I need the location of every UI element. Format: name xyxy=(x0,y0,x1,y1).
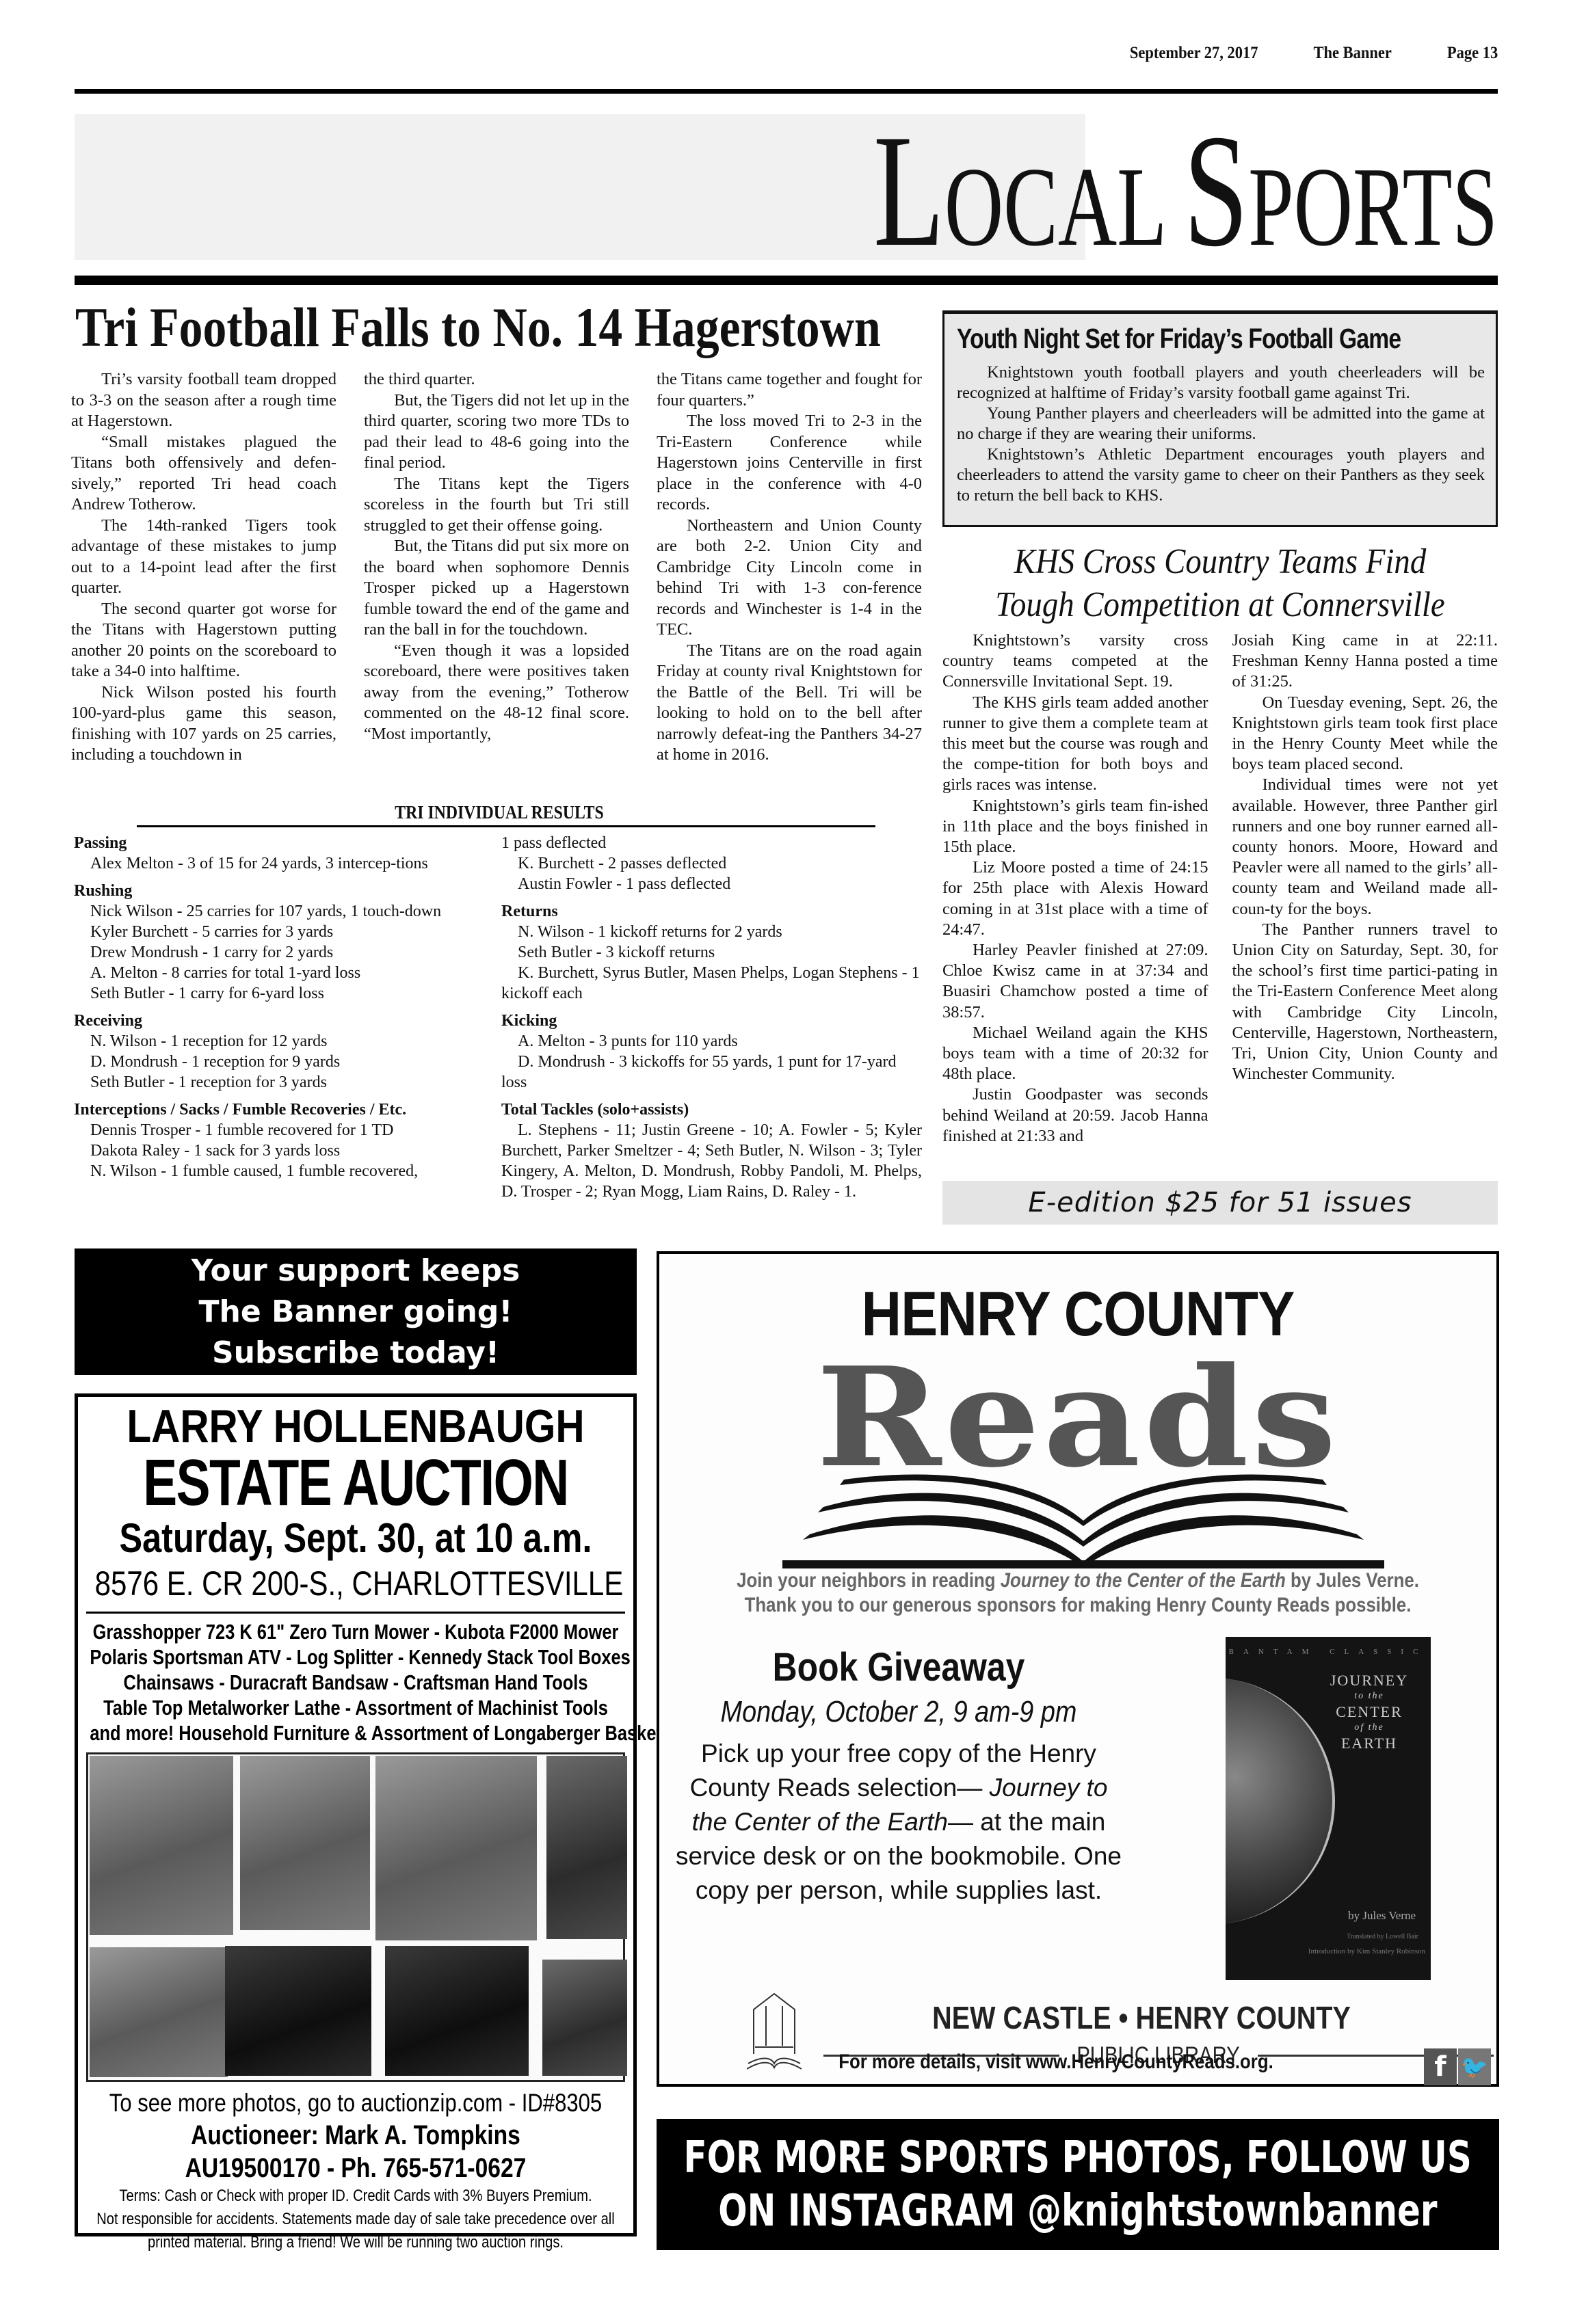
paragraph: Northeastern and Union County are both 2… xyxy=(657,516,922,641)
masthead-word-local: OCAL xyxy=(944,158,1167,256)
paragraph: Michael Weiland again the KHS boys team … xyxy=(942,1023,1208,1085)
paragraph: Liz Moore posted a time of 24:15 for 25t… xyxy=(942,857,1208,940)
article-column: the third quarter. But, the Tigers did n… xyxy=(364,369,629,766)
paragraph: Knightstown’s girls team fin-ished in 11… xyxy=(942,796,1208,858)
auction-more-photos: To see more photos, go to auctionzip.com… xyxy=(95,2087,617,2119)
tri-football-body: Tri’s varsity football team dropped to 3… xyxy=(71,369,922,766)
paragraph: Josiah King came in at 22:11. Freshman K… xyxy=(1232,630,1498,693)
promo-line: FOR MORE SPORTS PHOTOS, FOLLOW US xyxy=(684,2131,1472,2185)
stat-heading-passing: Passing xyxy=(74,833,501,853)
stat-heading-kicking: Kicking xyxy=(501,1011,922,1031)
stat-line: D. Mondrush - 1 reception for 9 yards xyxy=(74,1052,501,1072)
stat-heading-rushing: Rushing xyxy=(74,881,501,901)
library-name: NEW CASTLE • HENRY COUNTY xyxy=(868,1999,1415,2036)
youth-night-body: Knightstown youth football players and y… xyxy=(957,362,1485,506)
issue-date: September 27, 2017 xyxy=(1130,44,1258,63)
stat-heading-returns: Returns xyxy=(501,901,922,922)
cover-title: JOURNEY to the CENTER of the EARTH xyxy=(1314,1671,1424,1753)
auction-item: Grasshopper 723 K 61" Zero Turn Mower - … xyxy=(90,1619,621,1644)
photo-kubota-mower xyxy=(375,1756,537,1940)
paragraph: The loss moved Tri to 2-3 in the Tri-Eas… xyxy=(657,411,922,516)
photo-zero-turn-mower xyxy=(90,1756,233,1935)
youth-night-headline: Youth Night Set for Friday’s Football Ga… xyxy=(957,323,1390,354)
auction-item: and more! Household Furniture & Assortme… xyxy=(90,1720,621,1746)
divider xyxy=(86,1612,625,1614)
auction-item: Polaris Sportsman ATV - Log Splitter - K… xyxy=(90,1644,621,1670)
paragraph: Justin Goodpaster was seconds behind Wei… xyxy=(942,1084,1208,1147)
paragraph: The Panther runners travel to Union City… xyxy=(1232,920,1498,1085)
masthead-rule xyxy=(75,276,1498,285)
results-column-right: 1 pass deflected K. Burchett - 2 passes … xyxy=(501,833,922,1202)
stat-heading-interceptions: Interceptions / Sacks / Fumble Recoverie… xyxy=(74,1099,501,1120)
cross-country-body: Knightstown’s varsity cross country team… xyxy=(942,630,1498,1147)
auction-address: 8576 E. CR 200-S., CHARLOTTESVILLE xyxy=(95,1562,617,1605)
stat-line: K. Burchett, Syrus Butler, Masen Phelps,… xyxy=(501,963,922,1004)
instagram-promo[interactable]: FOR MORE SPORTS PHOTOS, FOLLOW US ON INS… xyxy=(657,2119,1499,2250)
ad-line: Subscribe today! xyxy=(212,1333,499,1374)
book-cover-image: BANTAM CLASSIC JOURNEY to the CENTER of … xyxy=(1226,1637,1431,1980)
auction-name: LARRY HOLLENBAUGH xyxy=(89,1401,623,1452)
auction-title: ESTATE AUCTION xyxy=(92,1452,620,1514)
paragraph: The KHS girls team added another runner … xyxy=(942,693,1208,796)
paragraph: The 14th-ranked Tigers took advantage of… xyxy=(71,516,336,599)
stat-line: Drew Mondrush - 1 carry for 2 yards xyxy=(74,942,501,963)
henry-county-reads-ad: HENRY COUNTY Reads Join your neighbors i… xyxy=(657,1251,1499,2087)
publication-name: The Banner xyxy=(1313,44,1391,63)
terms-line: Terms: Cash or Check with proper ID. Cre… xyxy=(83,2185,628,2208)
paragraph: Knightstown’s Athletic Department encour… xyxy=(957,444,1485,506)
photo-metal-lathe xyxy=(385,1946,529,2076)
paragraph: Nick Wilson posted his fourth 100-yard-p… xyxy=(71,682,336,766)
paragraph: Tri’s varsity football team dropped to 3… xyxy=(71,369,336,432)
hcr-join-text: Join your neighbors in reading Journey t… xyxy=(718,1568,1438,1618)
tri-football-headline: Tri Football Falls to No. 14 Hagerstown xyxy=(75,299,796,356)
open-book-icon xyxy=(782,1459,1384,1568)
article-column: Josiah King came in at 22:11. Freshman K… xyxy=(1232,630,1498,1147)
photo-log-splitter xyxy=(225,1946,371,2076)
photo-atv xyxy=(90,1947,228,2077)
article-column: the Titans came together and fought for … xyxy=(657,369,922,766)
stat-line: A. Melton - 8 carries for total 1-yard l… xyxy=(74,963,501,983)
section-masthead: L OCAL S PORTS xyxy=(75,109,1498,267)
article-column: Tri’s varsity football team dropped to 3… xyxy=(71,369,336,766)
page-folio: September 27, 2017 The Banner Page 13 xyxy=(1130,44,1498,63)
book-title: Journey to the Center of the Earth xyxy=(1001,1569,1286,1592)
terms-line: Not responsible for accidents. Statement… xyxy=(83,2208,628,2231)
paragraph: On Tuesday evening, Sept. 26, the Knight… xyxy=(1232,693,1498,775)
stat-line: Seth Butler - 1 carry for 6-yard loss xyxy=(74,983,501,1004)
photo-bandsaw xyxy=(546,1756,627,1939)
paragraph: Individual times were not yet available.… xyxy=(1232,775,1498,919)
paragraph: But, the Tigers did not let up in the th… xyxy=(364,390,629,474)
masthead-word-sports: PORTS xyxy=(1248,158,1498,256)
paragraph: The Titans are on the road again Friday … xyxy=(657,641,922,766)
stat-line: N. Wilson - 1 reception for 12 yards xyxy=(74,1031,501,1052)
stat-line: Seth Butler - 3 kickoff returns xyxy=(501,942,922,963)
masthead-initial-l: L xyxy=(873,122,944,261)
hcr-county-title: HENRY COUNTY xyxy=(709,1283,1446,1346)
stat-line: 1 pass deflected xyxy=(501,833,922,853)
results-rule xyxy=(137,825,875,827)
paragraph: The Titans kept the Tigers scoreless in … xyxy=(364,474,629,537)
auctioneer-name: Auctioneer: Mark A. Tompkins xyxy=(129,2119,582,2152)
results-column-left: Passing Alex Melton - 3 of 15 for 24 yar… xyxy=(74,833,501,1202)
library-building-icon xyxy=(747,1992,802,2074)
stat-line: Seth Butler - 1 reception for 3 yards xyxy=(74,1072,501,1093)
youth-night-box: Youth Night Set for Friday’s Football Ga… xyxy=(942,310,1498,527)
auction-item: Table Top Metalworker Lathe - Assortment… xyxy=(90,1695,621,1720)
stat-heading-receiving: Receiving xyxy=(74,1011,501,1031)
terms-line: printed material. Bring a friend! We wil… xyxy=(83,2231,628,2254)
estate-auction-ad: LARRY HOLLENBAUGH ESTATE AUCTION Saturda… xyxy=(75,1393,637,2236)
page-number: Page 13 xyxy=(1447,44,1498,63)
stat-line: A. Melton - 3 punts for 110 yards xyxy=(501,1031,922,1052)
auctioneer-phone: AU19500170 - Ph. 765-571-0627 xyxy=(129,2152,582,2185)
stat-line: Dennis Trosper - 1 fumble recovered for … xyxy=(74,1120,501,1140)
cross-country-headline: KHS Cross Country Teams Find Tough Compe… xyxy=(970,540,1470,626)
twitter-icon[interactable]: 🐦 xyxy=(1458,2048,1491,2085)
facebook-icon[interactable]: f xyxy=(1424,2048,1457,2085)
auction-item: Chainsaws - Duracraft Bandsaw - Craftsma… xyxy=(90,1670,621,1695)
stat-line: N. Wilson - 1 kickoff returns for 2 yard… xyxy=(501,922,922,942)
paragraph: “Small mistakes plagued the Titans both … xyxy=(71,432,336,516)
stat-line: N. Wilson - 1 fumble caused, 1 fumble re… xyxy=(74,1161,501,1181)
headline-line: KHS Cross Country Teams Find xyxy=(970,540,1470,583)
giveaway-description: Pick up your free copy of the Henry Coun… xyxy=(673,1737,1124,1908)
stat-line: L. Stephens - 11; Justin Greene - 10; A.… xyxy=(501,1120,922,1202)
stat-heading-tackles: Total Tackles (solo+assists) xyxy=(501,1099,922,1120)
giveaway-title: Book Giveaway xyxy=(704,1644,1093,1692)
paragraph: Knightstown youth football players and y… xyxy=(957,362,1485,403)
eedition-promo: E-edition $25 for 51 issues xyxy=(942,1181,1498,1225)
social-links: f 🐦 xyxy=(1424,2048,1491,2085)
giveaway-date: Monday, October 2, 9 am-9 pm xyxy=(681,1692,1116,1733)
paragraph: the Titans came together and fought for … xyxy=(657,369,922,411)
auction-items: Grasshopper 723 K 61" Zero Turn Mower - … xyxy=(86,1619,625,1746)
stat-line: Nick Wilson - 25 carries for 107 yards, … xyxy=(74,901,501,922)
auction-date: Saturday, Sept. 30, at 10 a.m. xyxy=(95,1514,617,1562)
paragraph: But, the Titans did put six more on the … xyxy=(364,536,629,641)
paragraph: Young Panther players and cheerleaders w… xyxy=(957,403,1485,444)
paragraph: Harley Peavler finished at 27:09. Chloe … xyxy=(942,940,1208,1023)
masthead-initial-s: S xyxy=(1184,122,1249,261)
ad-line: Your support keeps xyxy=(191,1251,520,1292)
hcr-website[interactable]: For more details, visit www.HenryCountyR… xyxy=(827,2051,1286,2074)
promo-line: ON INSTAGRAM @knightstownbanner xyxy=(718,2185,1437,2238)
photo-tool-chest xyxy=(542,1960,627,2076)
paragraph: “Even though it was a lopsided scoreboar… xyxy=(364,641,629,745)
stat-line: K. Burchett - 2 passes deflected xyxy=(501,853,922,874)
stat-line: Alex Melton - 3 of 15 for 24 yards, 3 in… xyxy=(74,853,501,874)
headline-line: Tough Competition at Connersville xyxy=(970,583,1470,626)
paragraph: The second quarter got worse for the Tit… xyxy=(71,599,336,682)
stat-line: Kyler Burchett - 5 carries for 3 yards xyxy=(74,922,501,942)
auction-terms: Terms: Cash or Check with proper ID. Cre… xyxy=(86,2185,625,2254)
paragraph: the third quarter. xyxy=(364,369,629,390)
tri-individual-results: Passing Alex Melton - 3 of 15 for 24 yar… xyxy=(74,833,922,1202)
subscribe-ad[interactable]: Your support keeps The Banner going! Sub… xyxy=(75,1248,637,1375)
photo-pickup-truck xyxy=(240,1756,370,1930)
paragraph: Knightstown’s varsity cross country team… xyxy=(942,630,1208,693)
book-giveaway: Book Giveaway Monday, October 2, 9 am-9 … xyxy=(673,1644,1124,1908)
header-rule xyxy=(75,89,1498,94)
article-column: Knightstown’s varsity cross country team… xyxy=(942,630,1208,1147)
stat-line: Dakota Raley - 1 sack for 3 yards loss xyxy=(74,1140,501,1161)
ad-line: The Banner going! xyxy=(199,1292,513,1333)
auction-photo-collage xyxy=(86,1752,625,2082)
results-title: TRI INDIVIDUAL RESULTS xyxy=(126,802,872,823)
stat-line: D. Mondrush - 3 kickoffs for 55 yards, 1… xyxy=(501,1052,922,1093)
stat-line: Austin Fowler - 1 pass deflected xyxy=(501,874,922,894)
